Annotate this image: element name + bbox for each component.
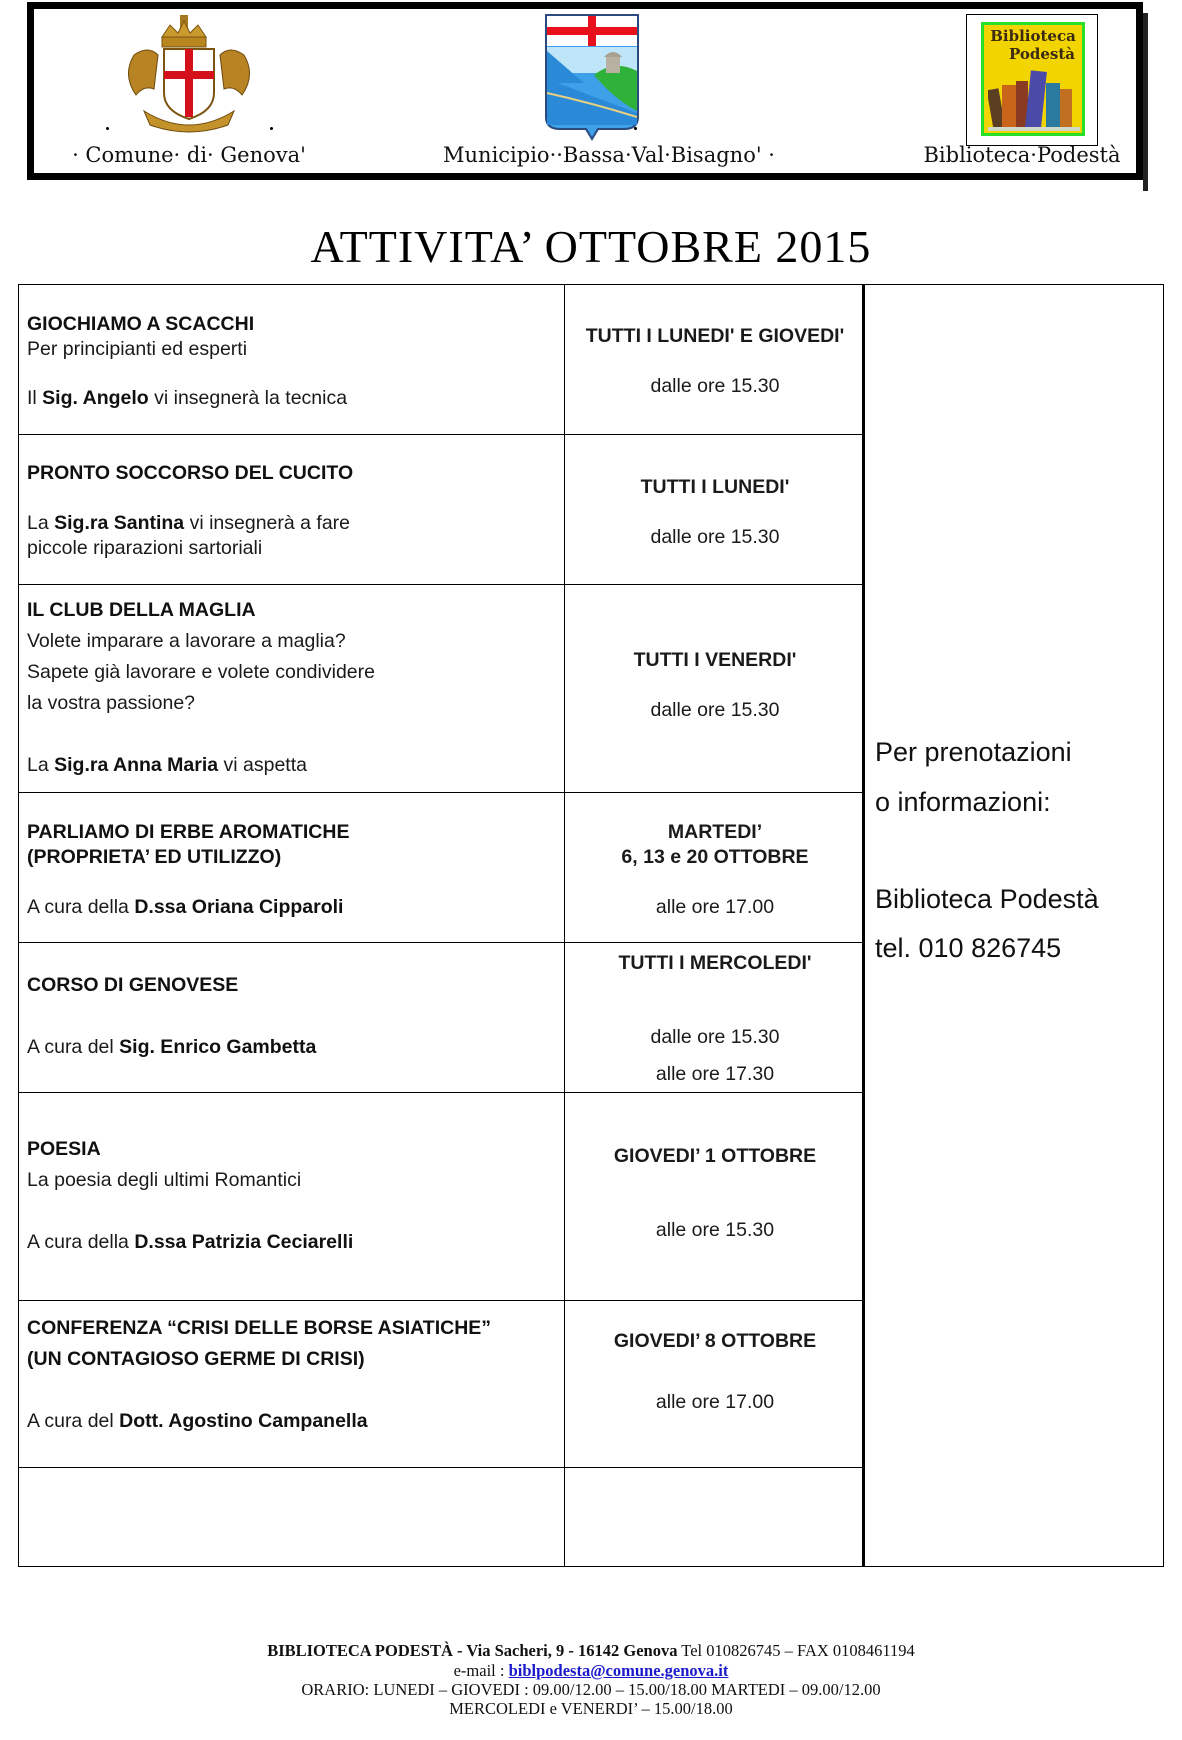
contact-line-2: o informazioni: — [875, 789, 1051, 816]
activity-day: MARTEDI’ — [567, 823, 863, 843]
table-row: POESIA La poesia degli ultimi Romantici … — [19, 1093, 863, 1301]
activity-description: Per principianti ed esperti — [27, 340, 247, 360]
contact-library-name: Biblioteca Podestà — [875, 886, 1099, 913]
table-row: GIOCHIAMO A SCACCHI Per principianti ed … — [19, 285, 863, 435]
activity-description: Volete imparare a lavorare a maglia? — [27, 632, 346, 652]
activity-title: POESIA — [27, 1140, 101, 1160]
activity-title: PRONTO SOCCORSO DEL CUCITO — [27, 464, 353, 484]
activity-description: Sapete già lavorare e volete condividere — [27, 663, 375, 683]
municipio-shield-icon — [544, 13, 640, 143]
contact-line-1: Per prenotazioni — [875, 739, 1072, 766]
genova-coat-of-arms-icon — [114, 15, 264, 133]
activity-host: Il Sig. Angelo vi insegnerà la tecnica — [27, 389, 347, 409]
activity-day: TUTTI I VENERDI' — [567, 651, 863, 671]
activity-host: A cura del Dott. Agostino Campanella — [27, 1412, 368, 1432]
activity-dates: 6, 13 e 20 OTTOBRE — [567, 848, 863, 868]
activity-title: CORSO DI GENOVESE — [27, 976, 238, 996]
comune-genova-caption: · Comune· di· Genova' — [54, 143, 324, 167]
comune-genova-logo: · Comune· di· Genova' — [54, 9, 324, 173]
biblioteca-logo-frame: Biblioteca Podestà — [966, 14, 1098, 146]
activity-time: dalle ore 15.30 — [567, 701, 863, 721]
footer-hours-2: MERCOLEDI e VENERDI’ – 15.00/18.00 — [0, 1701, 1182, 1718]
activity-description: la vostra passione? — [27, 694, 195, 714]
footer-address: BIBLIOTECA PODESTÀ - Via Sacheri, 9 - 16… — [0, 1643, 1182, 1660]
activity-host: A cura del Sig. Enrico Gambetta — [27, 1038, 316, 1058]
activity-day: TUTTI I MERCOLEDI' — [567, 954, 863, 974]
activity-host-line2: piccole riparazioni sartoriali — [27, 539, 262, 559]
books-icon: Biblioteca Podestà — [981, 22, 1085, 136]
page-title: ATTIVITA’ OTTOBRE 2015 — [0, 220, 1182, 273]
activity-description: La poesia degli ultimi Romantici — [27, 1171, 301, 1191]
table-row: PARLIAMO DI ERBE AROMATICHE (PROPRIETA’ … — [19, 793, 863, 943]
contact-phone: tel. 010 826745 — [875, 935, 1061, 962]
table-row: IL CLUB DELLA MAGLIA Volete imparare a l… — [19, 585, 863, 793]
activity-time: dalle ore 15.30 — [567, 377, 863, 397]
footer-email: e-mail : biblpodesta@comune.genova.it — [0, 1663, 1182, 1680]
activity-host: La Sig.ra Anna Maria vi aspetta — [27, 756, 307, 776]
activity-time: alle ore 17.00 — [567, 1393, 863, 1413]
municipio-caption: Municipio··Bassa·Val·Bisagno' · — [434, 143, 784, 167]
activity-title-line2: (UN CONTAGIOSO GERME DI CRISI) — [27, 1350, 365, 1370]
activity-day: TUTTI I LUNEDI' — [567, 478, 863, 498]
column-divider-thick — [862, 285, 865, 1566]
activity-title: GIOCHIAMO A SCACCHI — [27, 315, 254, 335]
activity-title-line2: (PROPRIETA’ ED UTILIZZO) — [27, 848, 281, 868]
activity-host: La Sig.ra Santina vi insegnerà a fare — [27, 514, 350, 534]
activity-time: alle ore 15.30 — [567, 1221, 863, 1241]
activity-host: A cura della D.ssa Patrizia Ceciarelli — [27, 1233, 353, 1253]
activities-table: GIOCHIAMO A SCACCHI Per principianti ed … — [18, 284, 1164, 1567]
biblioteca-caption: Biblioteca·Podestà — [914, 143, 1130, 167]
activity-time-end: alle ore 17.30 — [567, 1065, 863, 1085]
activity-time: alle ore 17.00 — [567, 898, 863, 918]
activity-time: dalle ore 15.30 — [567, 528, 863, 548]
activity-title: PARLIAMO DI ERBE AROMATICHE — [27, 823, 349, 843]
activity-day: TUTTI I LUNEDI' E GIOVEDI' — [567, 327, 863, 347]
table-row: CORSO DI GENOVESE A cura del Sig. Enrico… — [19, 943, 863, 1093]
activity-host: A cura della D.ssa Oriana Cipparoli — [27, 898, 343, 918]
table-row: CONFERENZA “CRISI DELLE BORSE ASIATICHE”… — [19, 1301, 863, 1468]
header-banner: · Comune· di· Genova' Municipio··Bassa·V… — [27, 2, 1143, 180]
activity-time: dalle ore 15.30 — [567, 1028, 863, 1048]
activity-title: CONFERENZA “CRISI DELLE BORSE ASIATICHE” — [27, 1319, 491, 1339]
column-divider — [564, 285, 565, 1566]
activity-day: GIOVEDI’ 1 OTTOBRE — [567, 1147, 863, 1167]
footer-hours-1: ORARIO: LUNEDI – GIOVEDI : 09.00/12.00 –… — [0, 1682, 1182, 1699]
activity-title: IL CLUB DELLA MAGLIA — [27, 601, 256, 621]
biblioteca-logo: Biblioteca Podestà Biblioteca·Podestà — [914, 9, 1130, 173]
municipio-logo: Municipio··Bassa·Val·Bisagno' · — [434, 9, 784, 173]
email-link[interactable]: biblpodesta@comune.genova.it — [509, 1661, 729, 1680]
activity-day: GIOVEDI’ 8 OTTOBRE — [567, 1332, 863, 1352]
table-row: PRONTO SOCCORSO DEL CUCITO La Sig.ra San… — [19, 435, 863, 585]
